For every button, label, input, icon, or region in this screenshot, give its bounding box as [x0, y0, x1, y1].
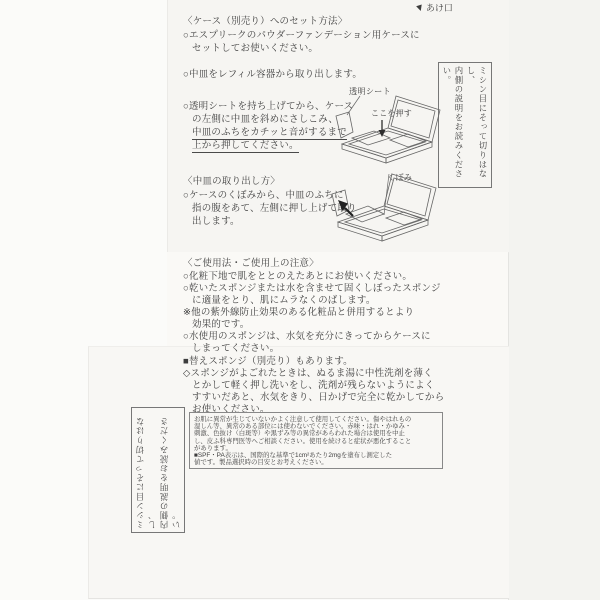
instruction-line: ○エスプリークのパウダーファンデーション用ケースに: [183, 30, 420, 41]
caution-line: があります。: [194, 445, 438, 452]
case-inner-rim: [345, 209, 421, 233]
section-title-usage: 〈ご使用法・ご使用上の注意〉: [183, 258, 319, 269]
sheet-label-leader-line: [347, 96, 360, 115]
instruction-line: 効果的です。: [192, 319, 249, 330]
case-inner-rim: [349, 131, 425, 155]
instruction-line-underlined: 上から押してください。: [192, 140, 299, 153]
case-lid: [388, 96, 440, 142]
opening-triangle-icon: ▼: [414, 2, 427, 16]
instruction-line: とかして軽く押し洗いをし、洗剤が残らないようによく: [192, 380, 435, 391]
opening-mark: ▼あけ口: [415, 1, 453, 14]
perforation-note-line2: 内側の説明をお読みください。: [158, 411, 182, 529]
sponge-heading-line: ■替えスポンジ（別売り）もあります。: [183, 356, 353, 367]
refill-pan: [352, 131, 390, 145]
paper-right-fold: [508, 0, 600, 600]
instruction-line: ○ケースのくぼみから、中皿のふちに: [183, 190, 344, 201]
instruction-line: ○中皿をレフィル容器から取り出します。: [183, 69, 362, 80]
instruction-line: ※他の紫外線防止効果のある化粧品と併用するとより: [183, 307, 414, 318]
instruction-line: に適量をとり、肌にムラなくのばします。: [192, 295, 376, 306]
section-title-case-set: 〈ケース（別売り）へのセット方法〉: [183, 16, 347, 27]
caution-box: お肌に異常が生じていないかよく注意して使用してください。傷やはれもの 湿しん等、…: [189, 412, 443, 469]
case-lid-mirror: [387, 178, 431, 216]
perforation-note-left: ミシン目にそって切りはなし、 内側の説明をお読みください。: [131, 407, 185, 533]
case-lid-mirror: [391, 100, 435, 138]
opening-label: あけ口: [426, 3, 453, 13]
instruction-line: ◇スポンジがよごれたときは、ぬるま湯に中性洗剤を薄く: [183, 368, 433, 379]
instruction-line: セットしてお使いください。: [192, 43, 318, 54]
perforation-note-line1: ミシン目にそって切りはなし、: [134, 411, 158, 529]
instruction-line: しまってください。: [192, 343, 279, 354]
instruction-line: ○透明シートを持ち上げてから、ケース: [183, 101, 353, 112]
perforation-note-line1: ミシン目にそって切りはなし、: [465, 66, 489, 184]
instruction-line: ○水使用のスポンジは、水気を充分にきってからケースに: [183, 331, 431, 342]
instruction-line: ○化粧下地で肌をととのえたあとにお使いください。: [183, 271, 412, 282]
instruction-line: ○乾いたスポンジまたは水を含ませて固くしぼったスポンジ: [183, 283, 441, 294]
perforation-note-right: ミシン目にそって切りはなし、 内側の説明をお読みください。: [438, 62, 492, 188]
case-lid: [384, 174, 436, 220]
instruction-line: 出します。: [192, 216, 240, 227]
section-title-tray-removal: 〈中皿の取り出し方〉: [183, 176, 280, 187]
caution-line: 値です。製品選択時の目安とお考えください。: [194, 459, 438, 466]
instruction-line: すすいだあと、水気をきり、日かげで完全に乾かしてから: [192, 392, 444, 403]
notch-label-leader-line: [384, 174, 389, 215]
instruction-line-underlined: 中皿のふちをカチッと音がするまで: [192, 127, 347, 140]
instruction-line: の左側に中皿を斜めにさしこみ、: [192, 114, 338, 125]
compact-case-removal-diagram: [332, 170, 442, 244]
caution-line: 刺激、色抜け（白斑等）や黒ずみ等の異常があらわれた場合は使用を中止: [194, 430, 438, 437]
case-base-front-left: [342, 144, 386, 163]
compact-case-insert-diagram: [336, 94, 446, 166]
case-base-front-left: [338, 222, 382, 241]
transparent-sheet-flap: [336, 112, 353, 138]
caution-line: し、皮ふ科専門医等へご相談ください。使用を続けると症状が悪化すること: [194, 438, 438, 445]
